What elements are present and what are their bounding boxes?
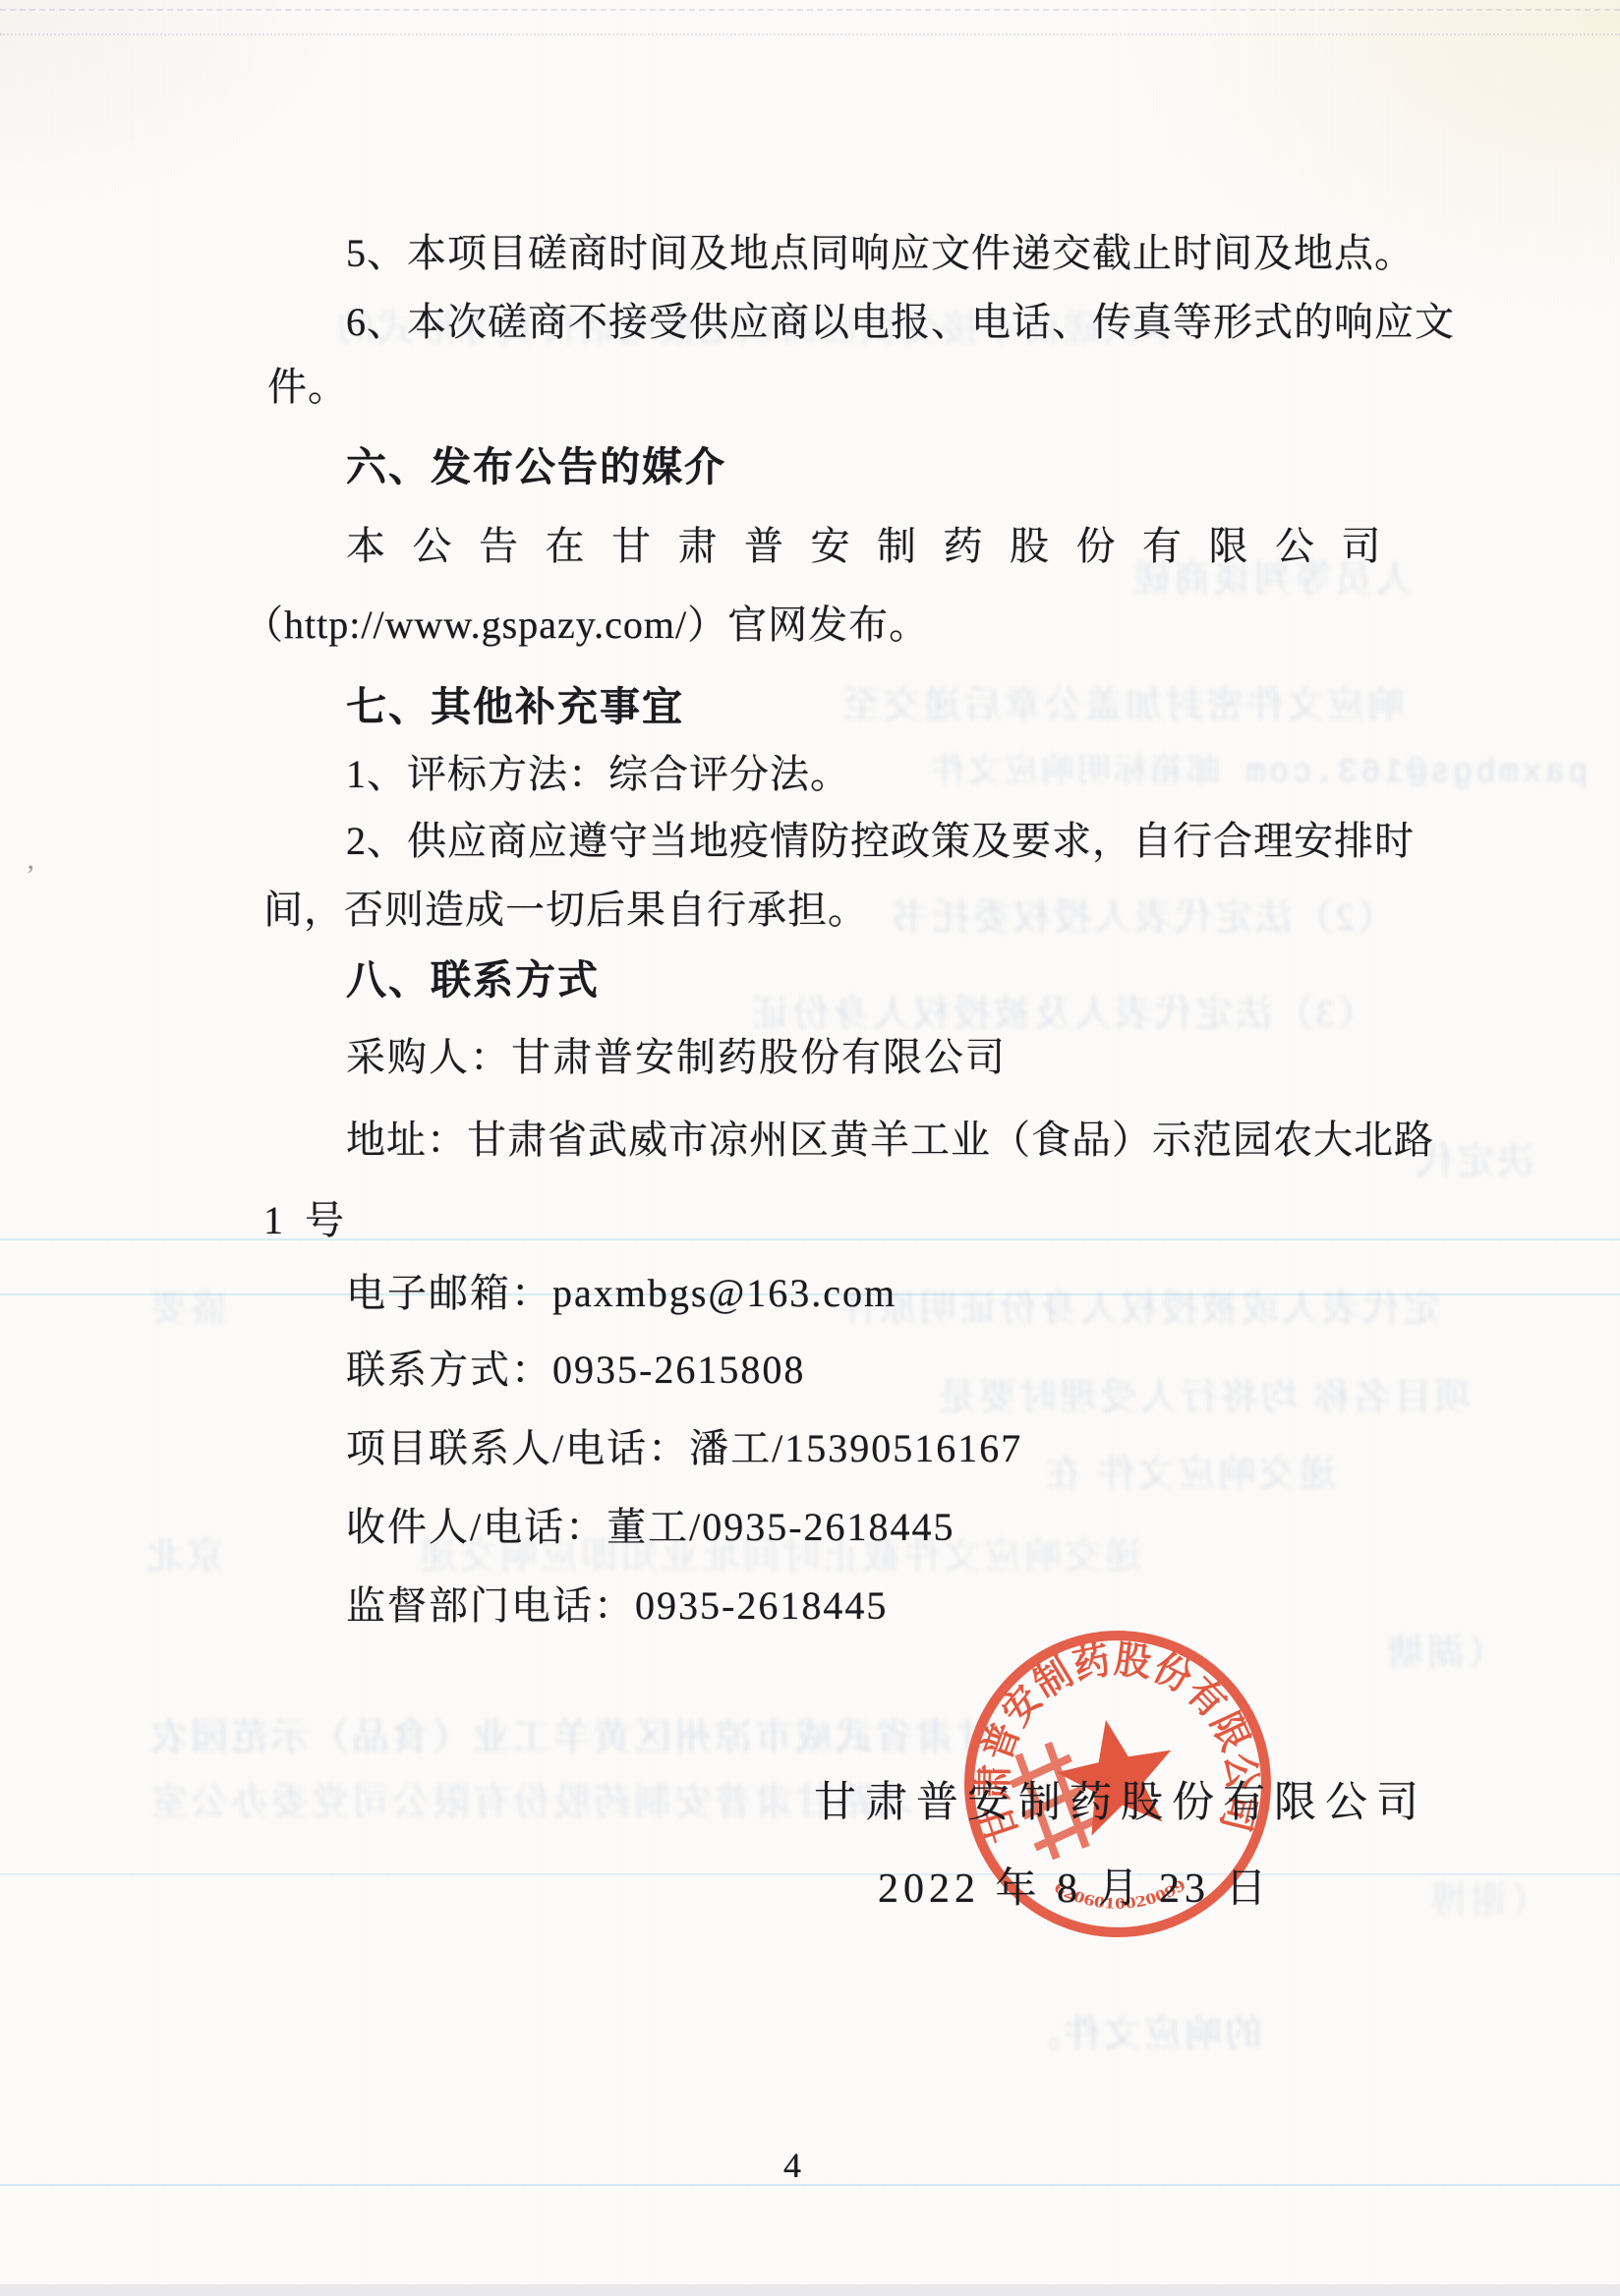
page-number: 4: [783, 2145, 801, 2186]
doc-line-eval-method: 1、评标方法：综合评分法。: [346, 743, 850, 799]
doc-line-covid-policy: 2、供应商应遵守当地疫情防控政策及要求，自行合理安排时: [346, 810, 1415, 866]
doc-line-project-contact: 项目联系人/电话：潘工/15390516167: [346, 1417, 1022, 1473]
bleedthrough-text: （谢博: [1427, 1869, 1548, 1923]
doc-line-phone: 联系方式：0935-2615808: [346, 1339, 805, 1395]
scanned-document-page: ’ 本次磋商不接受供应商以电报电话传真等形式的 人员等判谈商磋 响应文件密封加盖…: [0, 0, 1620, 2296]
doc-line-covid-wrap: 间，否则造成一切后果自行承担。: [263, 879, 868, 935]
section-heading-contact: 八、联系方式: [346, 947, 600, 1005]
doc-line-supervisor: 监督部门电话：0935-2618445: [346, 1575, 888, 1631]
section-heading-media: 六、发布公告的媒介: [346, 434, 726, 492]
bleedthrough-text: 响应文件密封加盖公章后递交至: [840, 674, 1405, 728]
bleedthrough-text: 盛要: [147, 1278, 228, 1332]
doc-line-address-wrap: 1 号: [263, 1189, 350, 1245]
scan-artifact-dotted-line: [0, 9, 1620, 11]
scan-artifact-line: [0, 2184, 1620, 2186]
doc-line-email: 电子邮箱：paxmbgs@163.com: [346, 1262, 897, 1318]
doc-line-item6: 6、本次磋商不接受供应商以电报、电话、传真等形式的响应文: [346, 291, 1455, 347]
bleedthrough-text: （湖塘: [1384, 1622, 1505, 1676]
scan-artifact-line: [0, 1873, 1620, 1875]
doc-line-receiver: 收件人/电话：董工/0935-2618445: [346, 1496, 955, 1552]
doc-line-announcement: 本公告在甘肃普安制药股份有限公司: [346, 515, 1408, 571]
section-heading-supplementary: 七、其他补充事宜: [346, 674, 684, 732]
bleedthrough-text: 北路甘肃普安制药股份有限公司党委办公室: [147, 1771, 913, 1825]
bleedthrough-text: 递交响应文件 在: [1042, 1443, 1337, 1497]
doc-line-item6-wrap: 件。: [267, 356, 348, 412]
scan-stray-mark: ’: [26, 859, 35, 892]
bleedthrough-text: 项目名称 均将行人受理时要是: [936, 1366, 1473, 1420]
doc-line-buyer: 采购人：甘肃普安制药股份有限公司: [346, 1026, 1007, 1082]
bleedthrough-text: 京北: [144, 1525, 224, 1579]
scan-artifact-dotted-line: [0, 33, 1620, 35]
bleedthrough-text: paxmbgs@163.com 邮箱标明响应文件: [929, 743, 1588, 792]
doc-line-website-url: （http://www.gspazy.com/）官网发布。: [244, 594, 929, 650]
bleedthrough-text: 的响应文件。: [1020, 2003, 1262, 2057]
bleedthrough-text: 甘肃省武威市凉州区黄羊工业（食品）示范园农: [147, 1706, 994, 1760]
signature-company-name: 甘肃普安制药股份有限公司: [814, 1769, 1427, 1829]
scan-artifact-line: [0, 1238, 1620, 1240]
bleedthrough-text: 定代表人或被授权人身份证明原件: [836, 1278, 1440, 1332]
doc-line-item5: 5、本项目磋商时间及地点同响应文件递交截止时间及地点。: [346, 222, 1415, 278]
scan-edge-shadow: [0, 2284, 1620, 2296]
bleedthrough-text: （2）法定代表人授权委托书: [890, 887, 1395, 941]
doc-line-address: 地址：甘肃省武威市凉州区黄羊工业（食品）示范园农大北路: [346, 1109, 1434, 1165]
signature-date: 2022 年 8 月 23 日: [878, 1856, 1272, 1915]
